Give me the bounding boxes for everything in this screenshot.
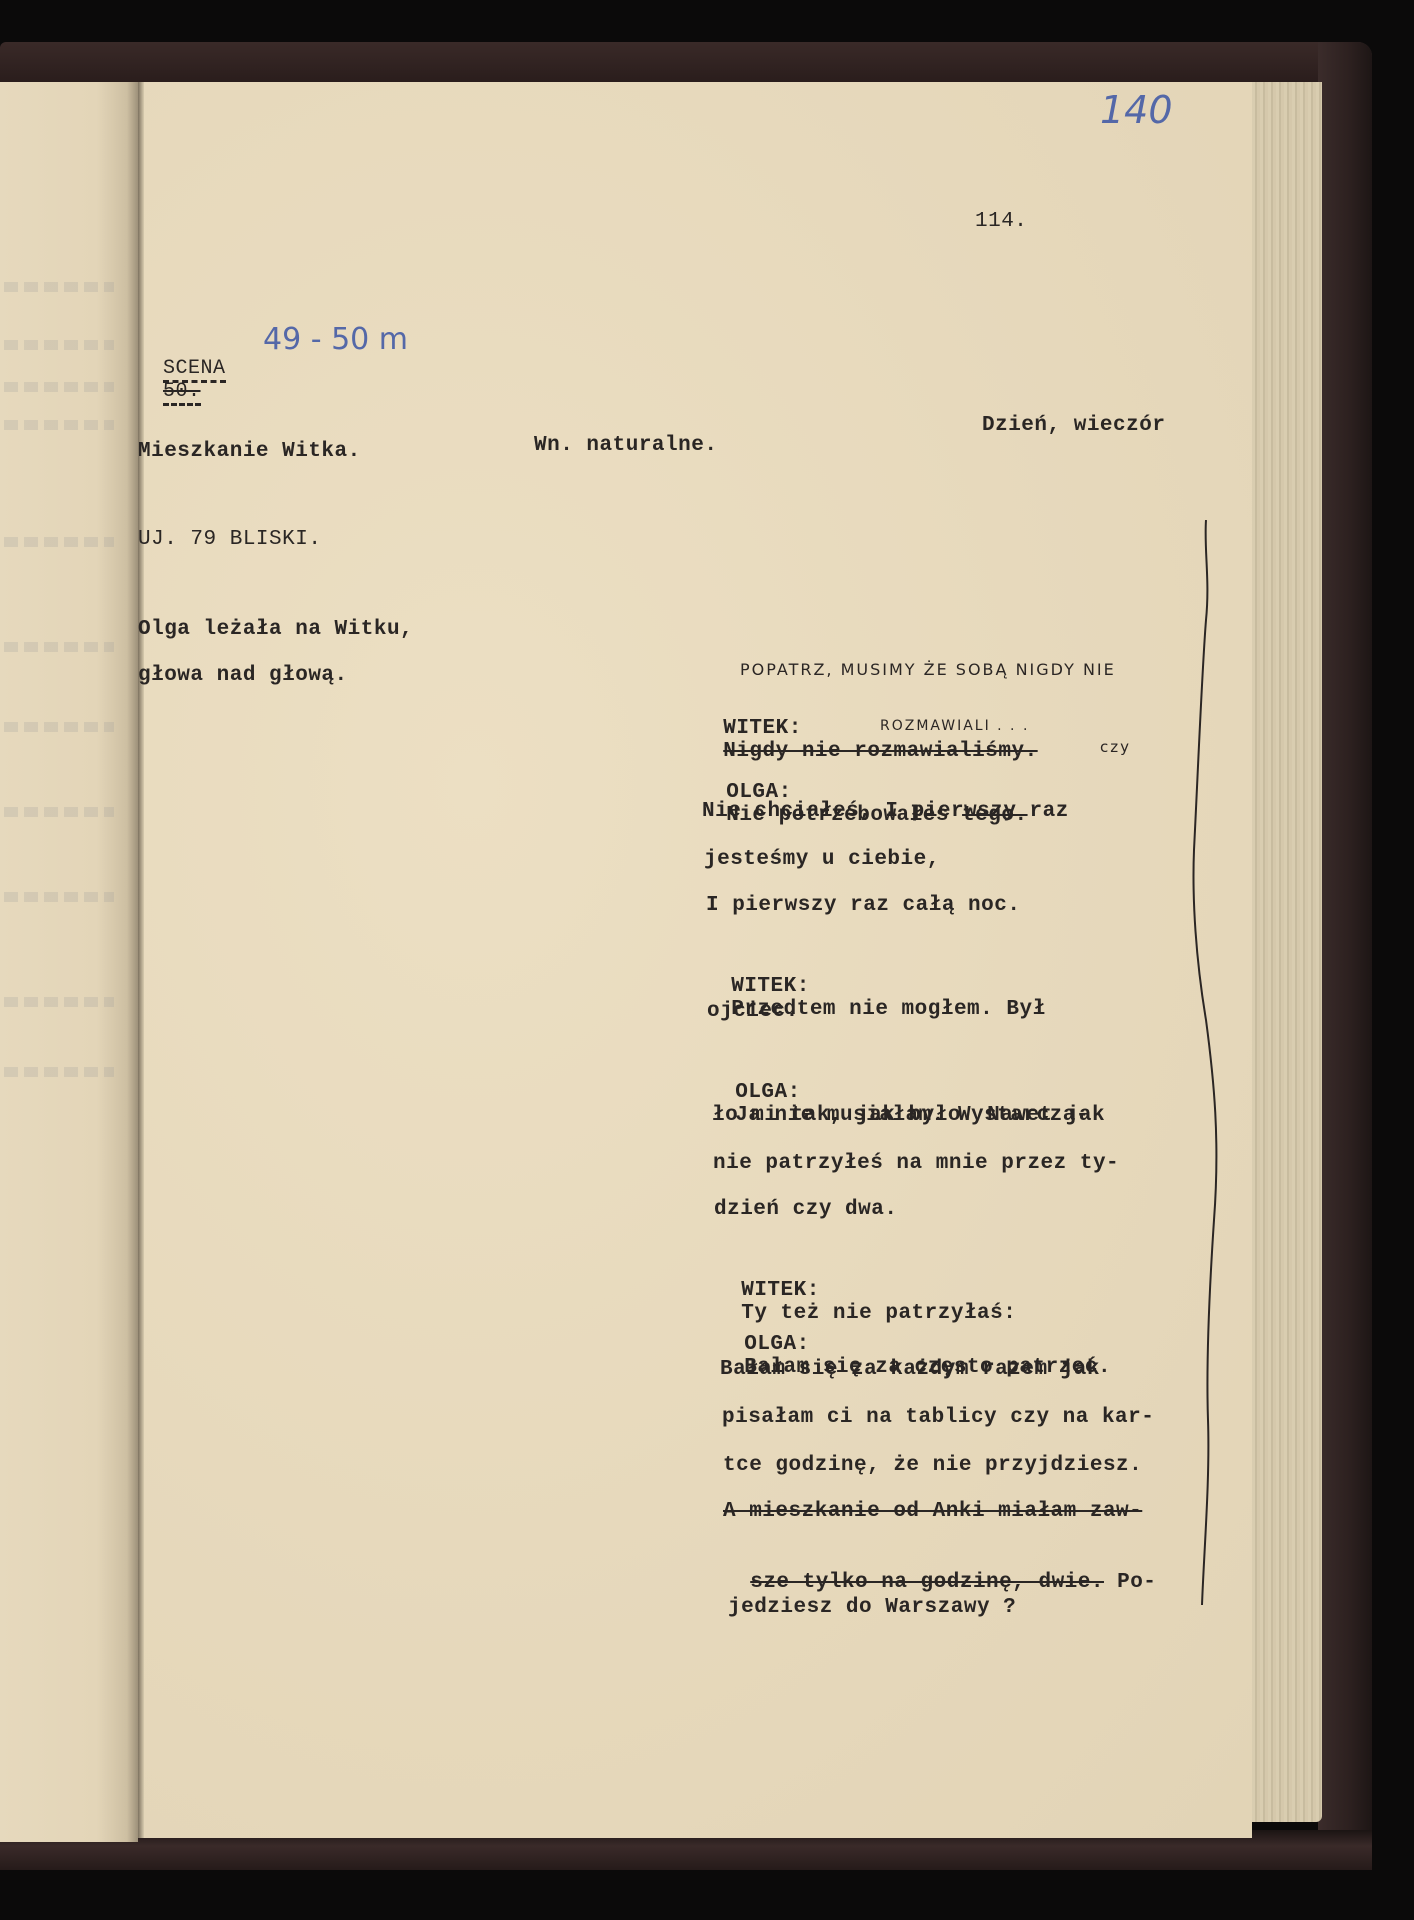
dialogue-line: Nie chciałeś, I pierwszy raz [702, 800, 1069, 823]
dialogue-line: dzień czy dwa. [714, 1198, 897, 1221]
scene-number-struck: 50. [163, 380, 201, 406]
setting: Wn. naturalne. [534, 434, 717, 457]
dialogue-line: tce godzinę, że nie przyjdziesz. [723, 1454, 1142, 1477]
struck-line: sze tylko na godzinę, dwie. [750, 1571, 1104, 1594]
dialogue-line: sze tylko na godzinę, dwie. Po- [724, 1548, 1156, 1594]
handwritten-page-number: 140 [1100, 88, 1173, 132]
handwritten-insert-czy: czy [1100, 738, 1131, 756]
typed-page-number: 114. [975, 210, 1027, 233]
dialogue-line: ojciec. [707, 1000, 799, 1023]
book-cover-top [0, 42, 1372, 82]
dialogue-line: Bałam się za każdym razem jak [720, 1358, 1100, 1381]
book-cover-right [1318, 42, 1372, 1852]
location: Mieszkanie Witka. [138, 440, 361, 463]
left-page [0, 82, 138, 1842]
speaker-witek: WITEK: Nigdy nie rozmawialiśmy. [697, 694, 1038, 763]
dialogue-line: jesteśmy u ciebie, [704, 848, 940, 871]
dialogue-line: pisałam ci na tablicy czy na kar- [722, 1406, 1154, 1429]
margin-bracket-line [1180, 520, 1220, 1610]
struck-line: A mieszkanie od Anki miałam zaw- [723, 1500, 1142, 1523]
dialogue-line: jedziesz do Warszawy ? [728, 1596, 1016, 1619]
action-line-1: Olga leżała na Witku, [138, 618, 413, 641]
page-edges [1252, 82, 1322, 1822]
scene-label: SCENA 50. [138, 334, 226, 403]
dialogue-line: I pierwszy raz całą noc. [706, 894, 1020, 917]
shot-description: UJ. 79 BLISKI. [138, 528, 321, 551]
dialogue-line: nie patrzyłeś na mnie przez ty- [713, 1152, 1119, 1175]
action-line-2: głowa nad głową. [138, 664, 348, 687]
scene-number-correction: 49 - 50 m [263, 322, 408, 357]
time-of-day: Dzień, wieczór [982, 414, 1165, 437]
dialogue-line: ło mi tak, jak było. Nawet jak [712, 1104, 1105, 1127]
handwritten-insert-above: POPATRZ, MUSIMY ŻE SOBĄ NIGDY NIE [740, 660, 1116, 679]
